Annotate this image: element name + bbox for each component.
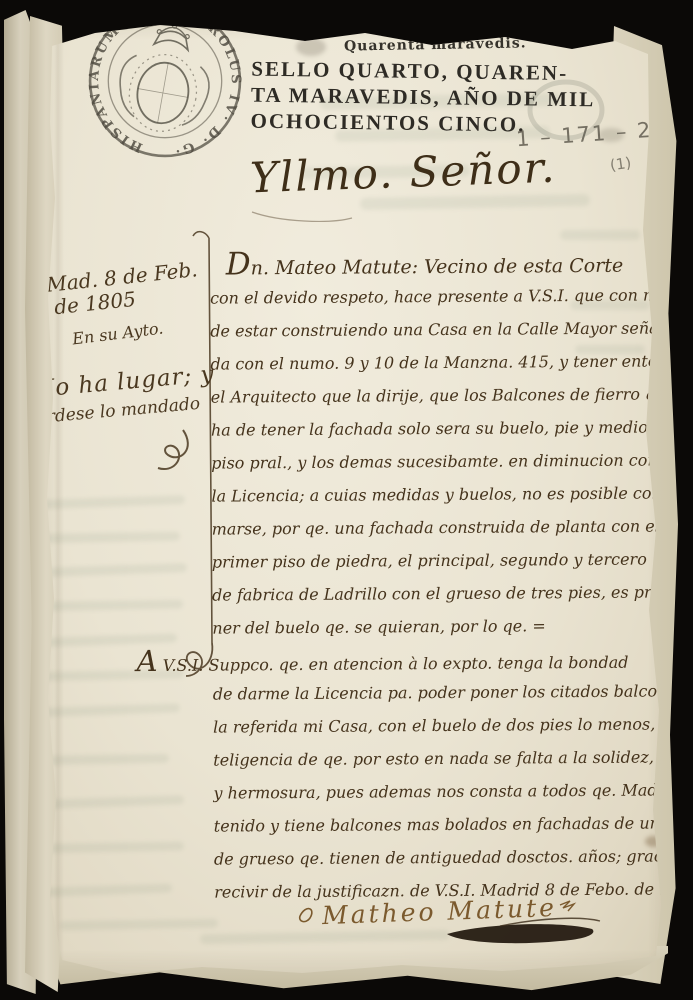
manuscript-line: da con el numo. 9 y 10 de la Manzna. 415… [210,344,666,380]
page-number-pencil: (1) [609,154,633,175]
svg-text:HISPANIARUM REX · CAROLUS IV·: HISPANIARUM REX · CAROLUS IV· D· G· [75,0,256,170]
duty-value-line: Quarenta maravedis. [344,35,527,54]
stain-spot [296,38,326,56]
manuscript-line: piso pral., y los demas sucesibamte. en … [211,443,667,479]
manuscript-line: teligencia de qe. por esto en nada se fa… [213,740,669,776]
petition-body: Dn. Mateo Matute: Vecino de esta Corte c… [210,245,671,908]
manuscript-line: de fabrica de Ladrillo con el grueso de … [212,575,668,611]
seal-ring-text: HISPANIARUM REX · CAROLUS IV· D· G· [75,0,256,170]
margin-paraph-flourish [158,430,188,469]
manuscript-line: la referida mi Casa, con el buelo de dos… [213,707,669,743]
document-page: HISPANIARUM REX · CAROLUS IV· D· G· Quar… [0,0,693,1000]
stain-spot [616,10,650,30]
manuscript-scan: HISPANIARUM REX · CAROLUS IV· D· G· Quar… [0,0,693,1000]
bleedthrough-ghost [60,919,218,931]
manuscript-line: la Licencia; a cuias medidas y buelos, n… [211,476,667,512]
manuscript-line: A V.S.I. Suppco. qe. en atencion à lo ex… [136,641,668,678]
heading-swash [252,212,352,221]
royal-seal-stamp: HISPANIARUM REX · CAROLUS IV· D· G· [71,0,259,175]
seal-shield-icon [112,47,213,138]
margin-session-note: En su Ayto. [71,318,164,348]
manuscript-line: ner del buelo qe. se quieran, por lo qe.… [212,608,668,644]
seal-crown-icon [154,13,193,50]
salutation-heading: Yllmo. Señor. [249,143,557,203]
manuscript-line: de darme la Licencia pa. poder poner los… [213,674,669,710]
bleedthrough-ghost [560,230,640,240]
bleedthrough-ghost [200,930,450,944]
manuscript-line: y hermosura, pues ademas nos consta a to… [213,773,669,809]
manuscript-line: con el devido respeto, hace presente a V… [210,278,666,314]
manuscript-line: de estar construiendo una Casa en la Cal… [210,311,666,347]
ink-blot [447,924,593,943]
manuscript-line: de grueso qe. tienen de antiguedad dosct… [214,839,670,875]
manuscript-line: el Arquitecto que la dirije, que los Bal… [211,377,667,413]
manuscript-line: tenido y tiene balcones mas bolados en f… [214,806,670,842]
manuscript-line: Dn. Mateo Matute: Vecino de esta Corte [210,245,666,281]
manuscript-line: primer piso de piedra, el principal, seg… [212,542,668,578]
manuscript-line: marse, por qe. una fachada construida de… [212,509,668,545]
manuscript-line: ha de tener la fachada solo sera su buel… [211,410,667,446]
